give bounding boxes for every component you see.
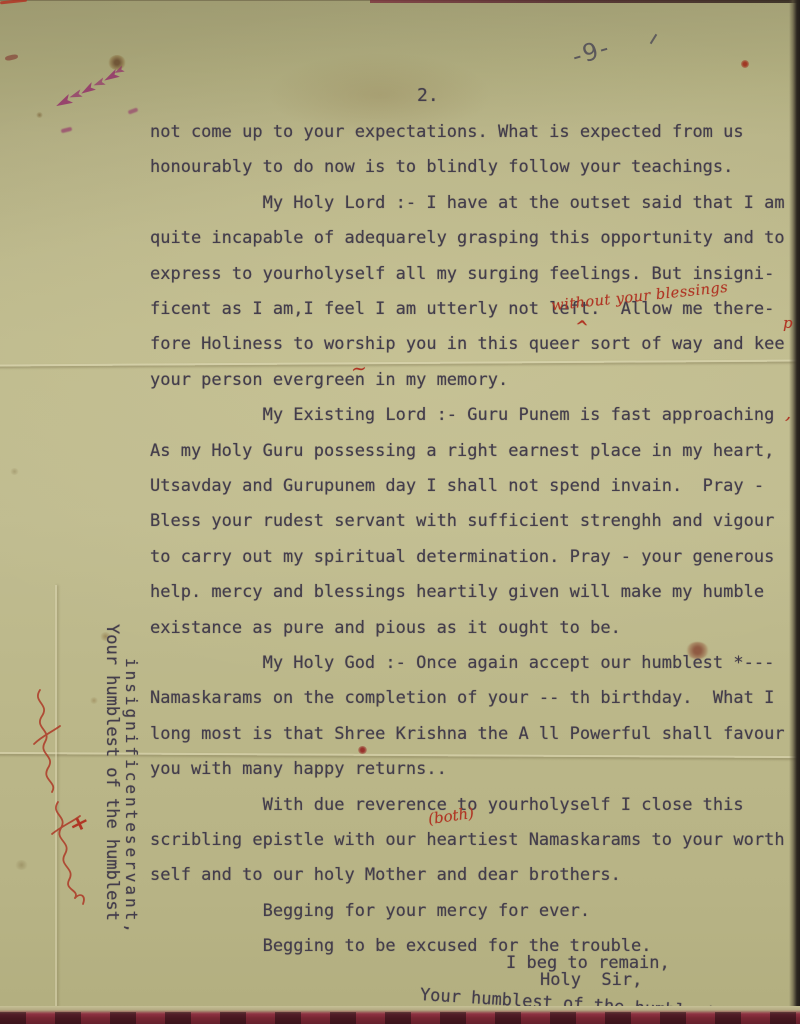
- typed-line: Utsavday and Gurupunem day I shall not s…: [150, 476, 764, 496]
- scan-edge-top: [370, 0, 800, 3]
- edge-red-mark: [5, 54, 19, 62]
- typed-line: Begging for your mercy for ever.: [150, 901, 590, 921]
- typed-line: scribling epistle with our heartiest Nam…: [150, 830, 785, 850]
- typed-line: Bless your rudest servant with sufficien…: [150, 511, 774, 531]
- typed-line: your person evergreen in my memory.: [150, 370, 508, 390]
- typed-line: to carry out my spiritual determination.…: [150, 547, 774, 567]
- typed-line: My Existing Lord :- Guru Punem is fast a…: [150, 405, 774, 425]
- typed-line: ficent as I am,I feel I am utterly not l…: [150, 299, 774, 319]
- ink-smudge: [68, 89, 83, 101]
- red-underline-mark: ~: [350, 357, 368, 381]
- red-dot-stain: [741, 60, 749, 68]
- page-number: 2.: [417, 86, 439, 106]
- handwritten-signature: [26, 682, 106, 918]
- typed-line: As my Holy Guru possessing a right earne…: [150, 441, 774, 461]
- pencil-page-note: -9-: [569, 33, 614, 71]
- typed-line: long most is that Shree Krishna the A ll…: [150, 724, 785, 744]
- ink-smudge: [54, 94, 74, 110]
- red-margin-dash: [0, 0, 27, 4]
- typed-line: you with many happy returns..: [150, 759, 447, 779]
- typed-line: fore Holiness to worship you in this que…: [150, 334, 785, 354]
- typed-line: express to yourholyself all my surging f…: [150, 264, 774, 284]
- crease-dot-stain: [358, 746, 367, 754]
- typed-line: My Holy God :- Once again accept our hum…: [150, 653, 774, 673]
- red-edge-letter-p: p: [783, 314, 793, 332]
- typed-line: honourably to do now is to blindly follo…: [150, 157, 733, 177]
- margin-typed-line: insignificenteservant,: [121, 658, 141, 936]
- red-caret-mark: ^: [574, 316, 590, 336]
- small-stain: [10, 468, 19, 475]
- binding-band-bottom: [0, 1006, 800, 1024]
- ink-smudge: [79, 82, 96, 97]
- typed-line: self and to our holy Mother and dear bro…: [150, 865, 621, 885]
- typed-line: My Holy Lord :- I have at the outset sai…: [150, 193, 785, 213]
- ink-smudge: [61, 127, 73, 134]
- typed-line: help. mercy and blessings heartily given…: [150, 582, 764, 602]
- letter-page: -9- 2. not come up to your expectations.…: [0, 0, 800, 1024]
- ink-smudge: [128, 107, 139, 114]
- fold-crease-upper: [0, 360, 800, 367]
- typed-line: not come up to your expectations. What i…: [150, 122, 744, 142]
- pencil-tick-mark: [650, 34, 658, 44]
- typed-line: existance as pure and pious as it ought …: [150, 618, 621, 638]
- closing-line: Holy Sir,: [540, 970, 642, 990]
- scan-edge-right: [789, 0, 800, 1024]
- burn-stain: [108, 55, 126, 70]
- small-stain: [36, 112, 43, 118]
- typed-line: quite incapable of adequarely grasping t…: [150, 228, 785, 248]
- typed-line: Namaskarams on the completion of your --…: [150, 688, 774, 708]
- ink-smudge: [92, 77, 106, 89]
